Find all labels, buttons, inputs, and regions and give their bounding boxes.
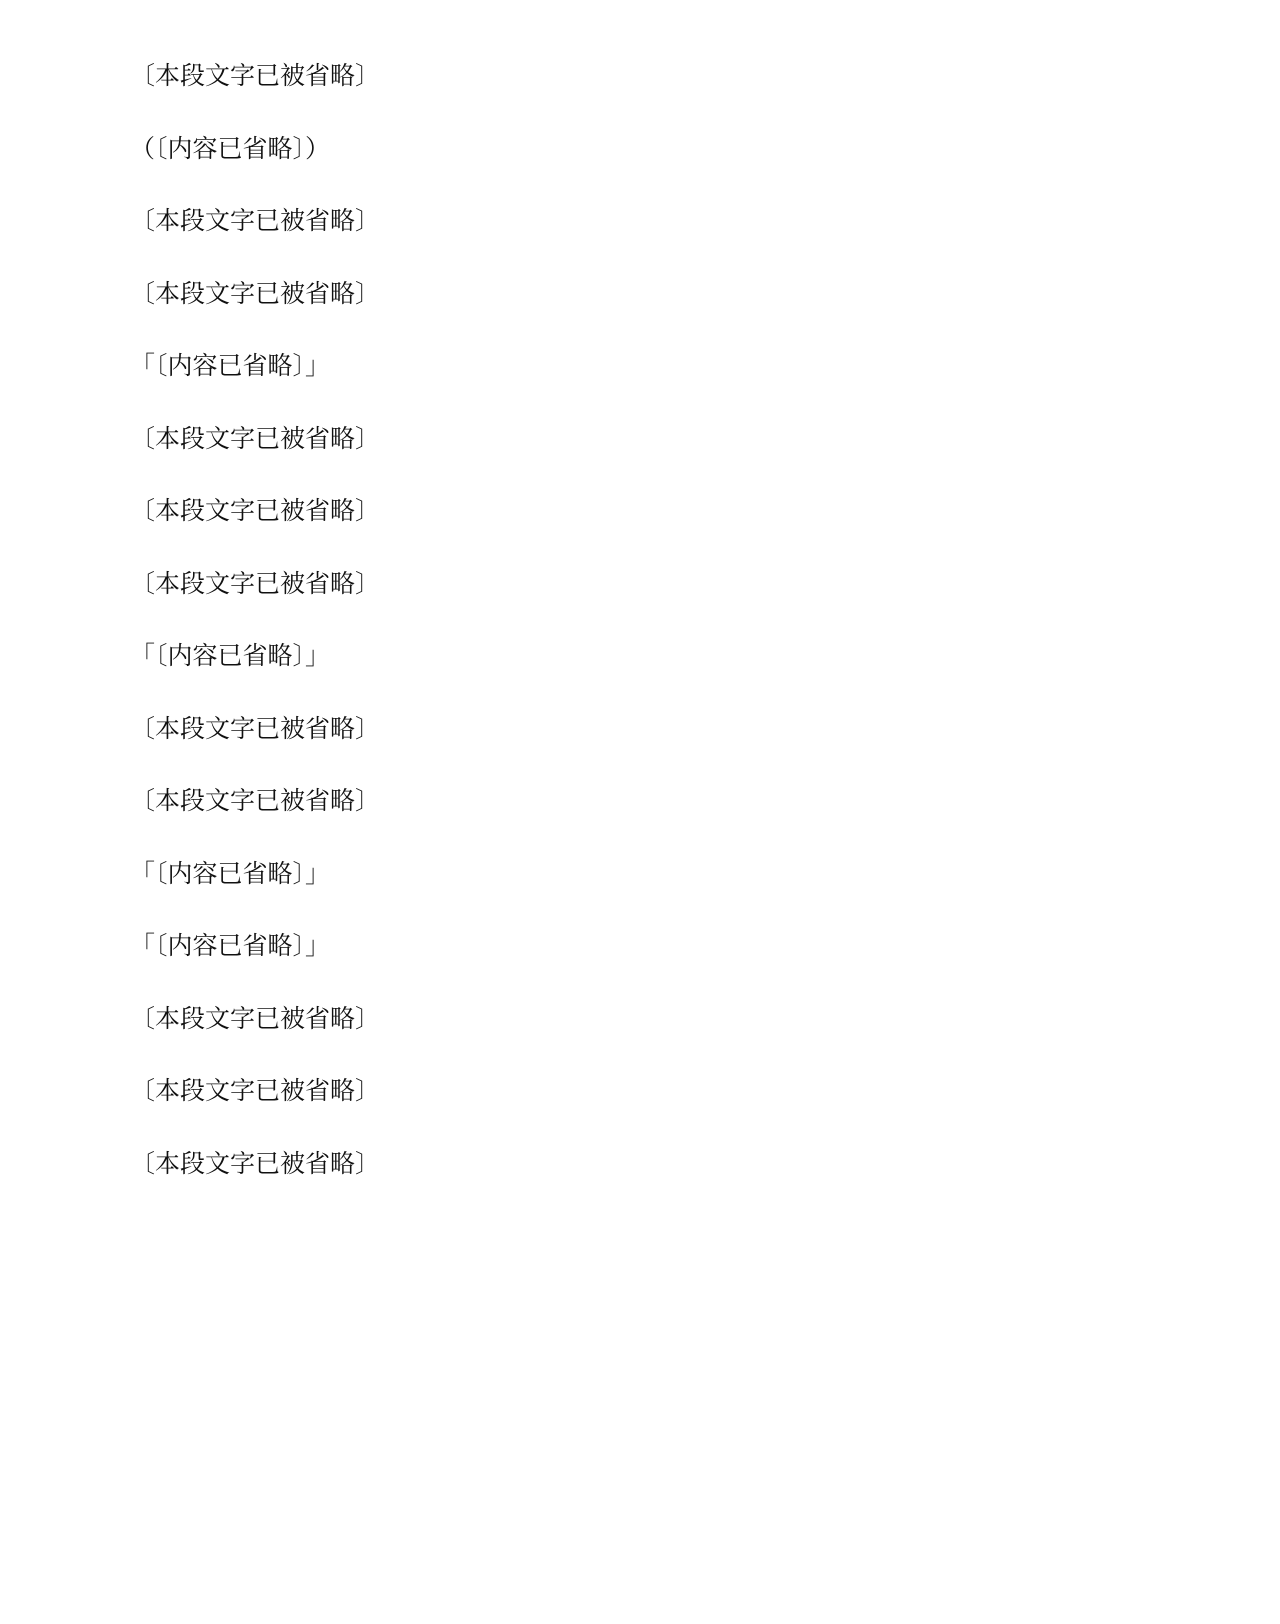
paragraph-narration: 〔本段文字已被省略〕 — [80, 983, 1200, 1056]
paragraph-list: 〔本段文字已被省略〕（〔内容已省略〕）〔本段文字已被省略〕〔本段文字已被省略〕「… — [80, 40, 1200, 1200]
document-page: 〔本段文字已被省略〕（〔内容已省略〕）〔本段文字已被省略〕〔本段文字已被省略〕「… — [0, 0, 1280, 1624]
paragraph-dialogue: 「〔内容已省略〕」 — [80, 330, 1200, 403]
paragraph-narration: 〔本段文字已被省略〕 — [80, 765, 1200, 838]
paragraph-narration: 〔本段文字已被省略〕 — [80, 693, 1200, 766]
paragraph-thought: （〔内容已省略〕） — [80, 113, 1200, 186]
paragraph-narration: 〔本段文字已被省略〕 — [80, 40, 1200, 113]
paragraph-narration: 〔本段文字已被省略〕 — [80, 258, 1200, 331]
paragraph-narration: 〔本段文字已被省略〕 — [80, 1128, 1200, 1201]
paragraph-dialogue: 「〔内容已省略〕」 — [80, 910, 1200, 983]
paragraph-narration: 〔本段文字已被省略〕 — [80, 1055, 1200, 1128]
paragraph-dialogue: 「〔内容已省略〕」 — [80, 620, 1200, 693]
paragraph-dialogue: 「〔内容已省略〕」 — [80, 838, 1200, 911]
paragraph-narration: 〔本段文字已被省略〕 — [80, 475, 1200, 548]
paragraph-narration: 〔本段文字已被省略〕 — [80, 548, 1200, 621]
paragraph-narration: 〔本段文字已被省略〕 — [80, 185, 1200, 258]
paragraph-narration: 〔本段文字已被省略〕 — [80, 403, 1200, 476]
